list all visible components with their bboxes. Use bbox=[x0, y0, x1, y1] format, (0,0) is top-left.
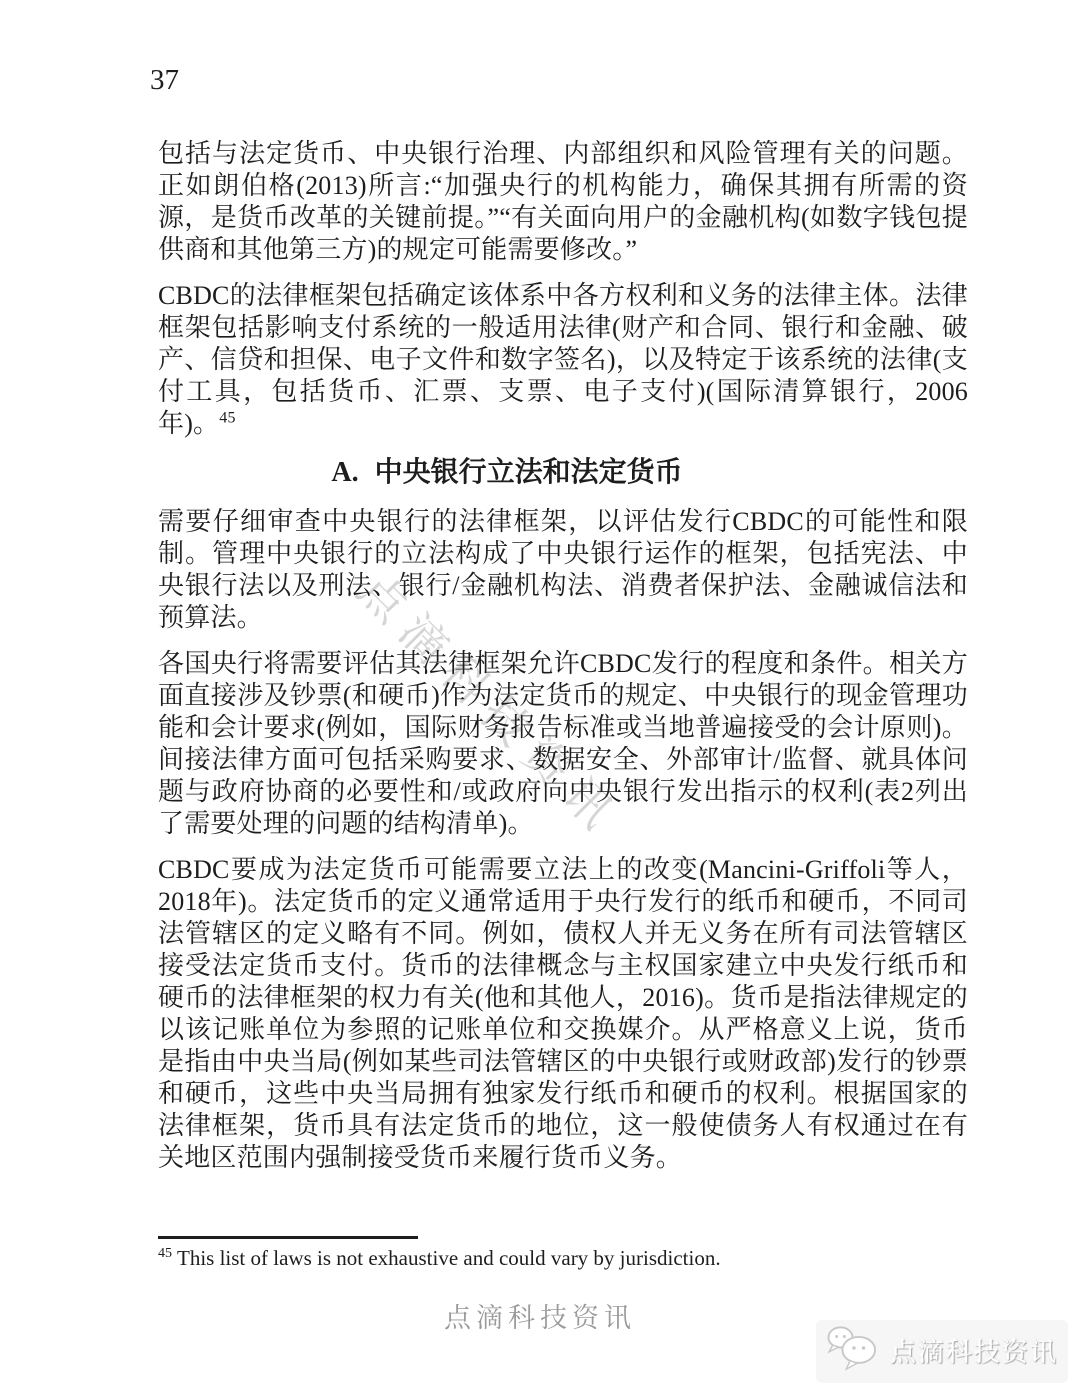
brand-badge: 点滴科技资讯 bbox=[816, 1320, 1068, 1383]
footnote-marker: 45 bbox=[158, 1246, 172, 1261]
paragraph: CBDC要成为法定货币可能需要立法上的改变(Mancini-Griffoli等人… bbox=[158, 854, 968, 1174]
paragraph: 各国央行将需要评估其法律框架允许CBDC发行的程度和条件。相关方面直接涉及钞票(… bbox=[158, 648, 968, 840]
footnote-ref: 45 bbox=[219, 409, 235, 426]
bottom-center-watermark: 点滴科技资讯 bbox=[444, 1296, 636, 1335]
section-heading-label: A. bbox=[331, 457, 358, 488]
footnote-text: This list of laws is not exhaustive and … bbox=[177, 1246, 721, 1270]
text-column: 包括与法定货币、中央银行治理、内部组织和风险管理有关的问题。正如朗伯格(2013… bbox=[158, 138, 968, 1188]
paragraph-text: 包括与法定货币、中央银行治理、内部组织和风险管理有关的问题。正如朗伯格(2013… bbox=[158, 139, 968, 264]
document-page: 点滴科技资讯 37 包括与法定货币、中央银行治理、内部组织和风险管理有关的问题。… bbox=[0, 0, 1080, 1397]
paragraph: 包括与法定货币、中央银行治理、内部组织和风险管理有关的问题。正如朗伯格(2013… bbox=[158, 138, 968, 266]
paragraph-text: CBDC的法律框架包括确定该体系中各方权利和义务的法律主体。法律框架包括影响支付… bbox=[158, 281, 968, 438]
footnote-separator bbox=[158, 1236, 418, 1239]
paragraph: 需要仔细审查中央银行的法律框架，以评估发行CBDC的可能性和限制。管理中央银行的… bbox=[158, 506, 968, 634]
section-heading-text: 中央银行立法和法定货币 bbox=[375, 457, 683, 488]
paragraph: CBDC的法律框架包括确定该体系中各方权利和义务的法律主体。法律框架包括影响支付… bbox=[158, 280, 968, 440]
section-heading: A.中央银行立法和法定货币 bbox=[102, 456, 912, 490]
paragraph-text: 需要仔细审查中央银行的法律框架，以评估发行CBDC的可能性和限制。管理中央银行的… bbox=[158, 507, 968, 632]
brand-text: 点滴科技资讯 bbox=[890, 1332, 1058, 1369]
paragraph-text: CBDC要成为法定货币可能需要立法上的改变(Mancini-Griffoli等人… bbox=[158, 855, 968, 1172]
page-number: 37 bbox=[150, 64, 179, 97]
paragraph-text: 各国央行将需要评估其法律框架允许CBDC发行的程度和条件。相关方面直接涉及钞票(… bbox=[158, 649, 968, 838]
wechat-bubbles-icon bbox=[824, 1324, 882, 1377]
footnote: 45This list of laws is not exhaustive an… bbox=[158, 1246, 918, 1271]
